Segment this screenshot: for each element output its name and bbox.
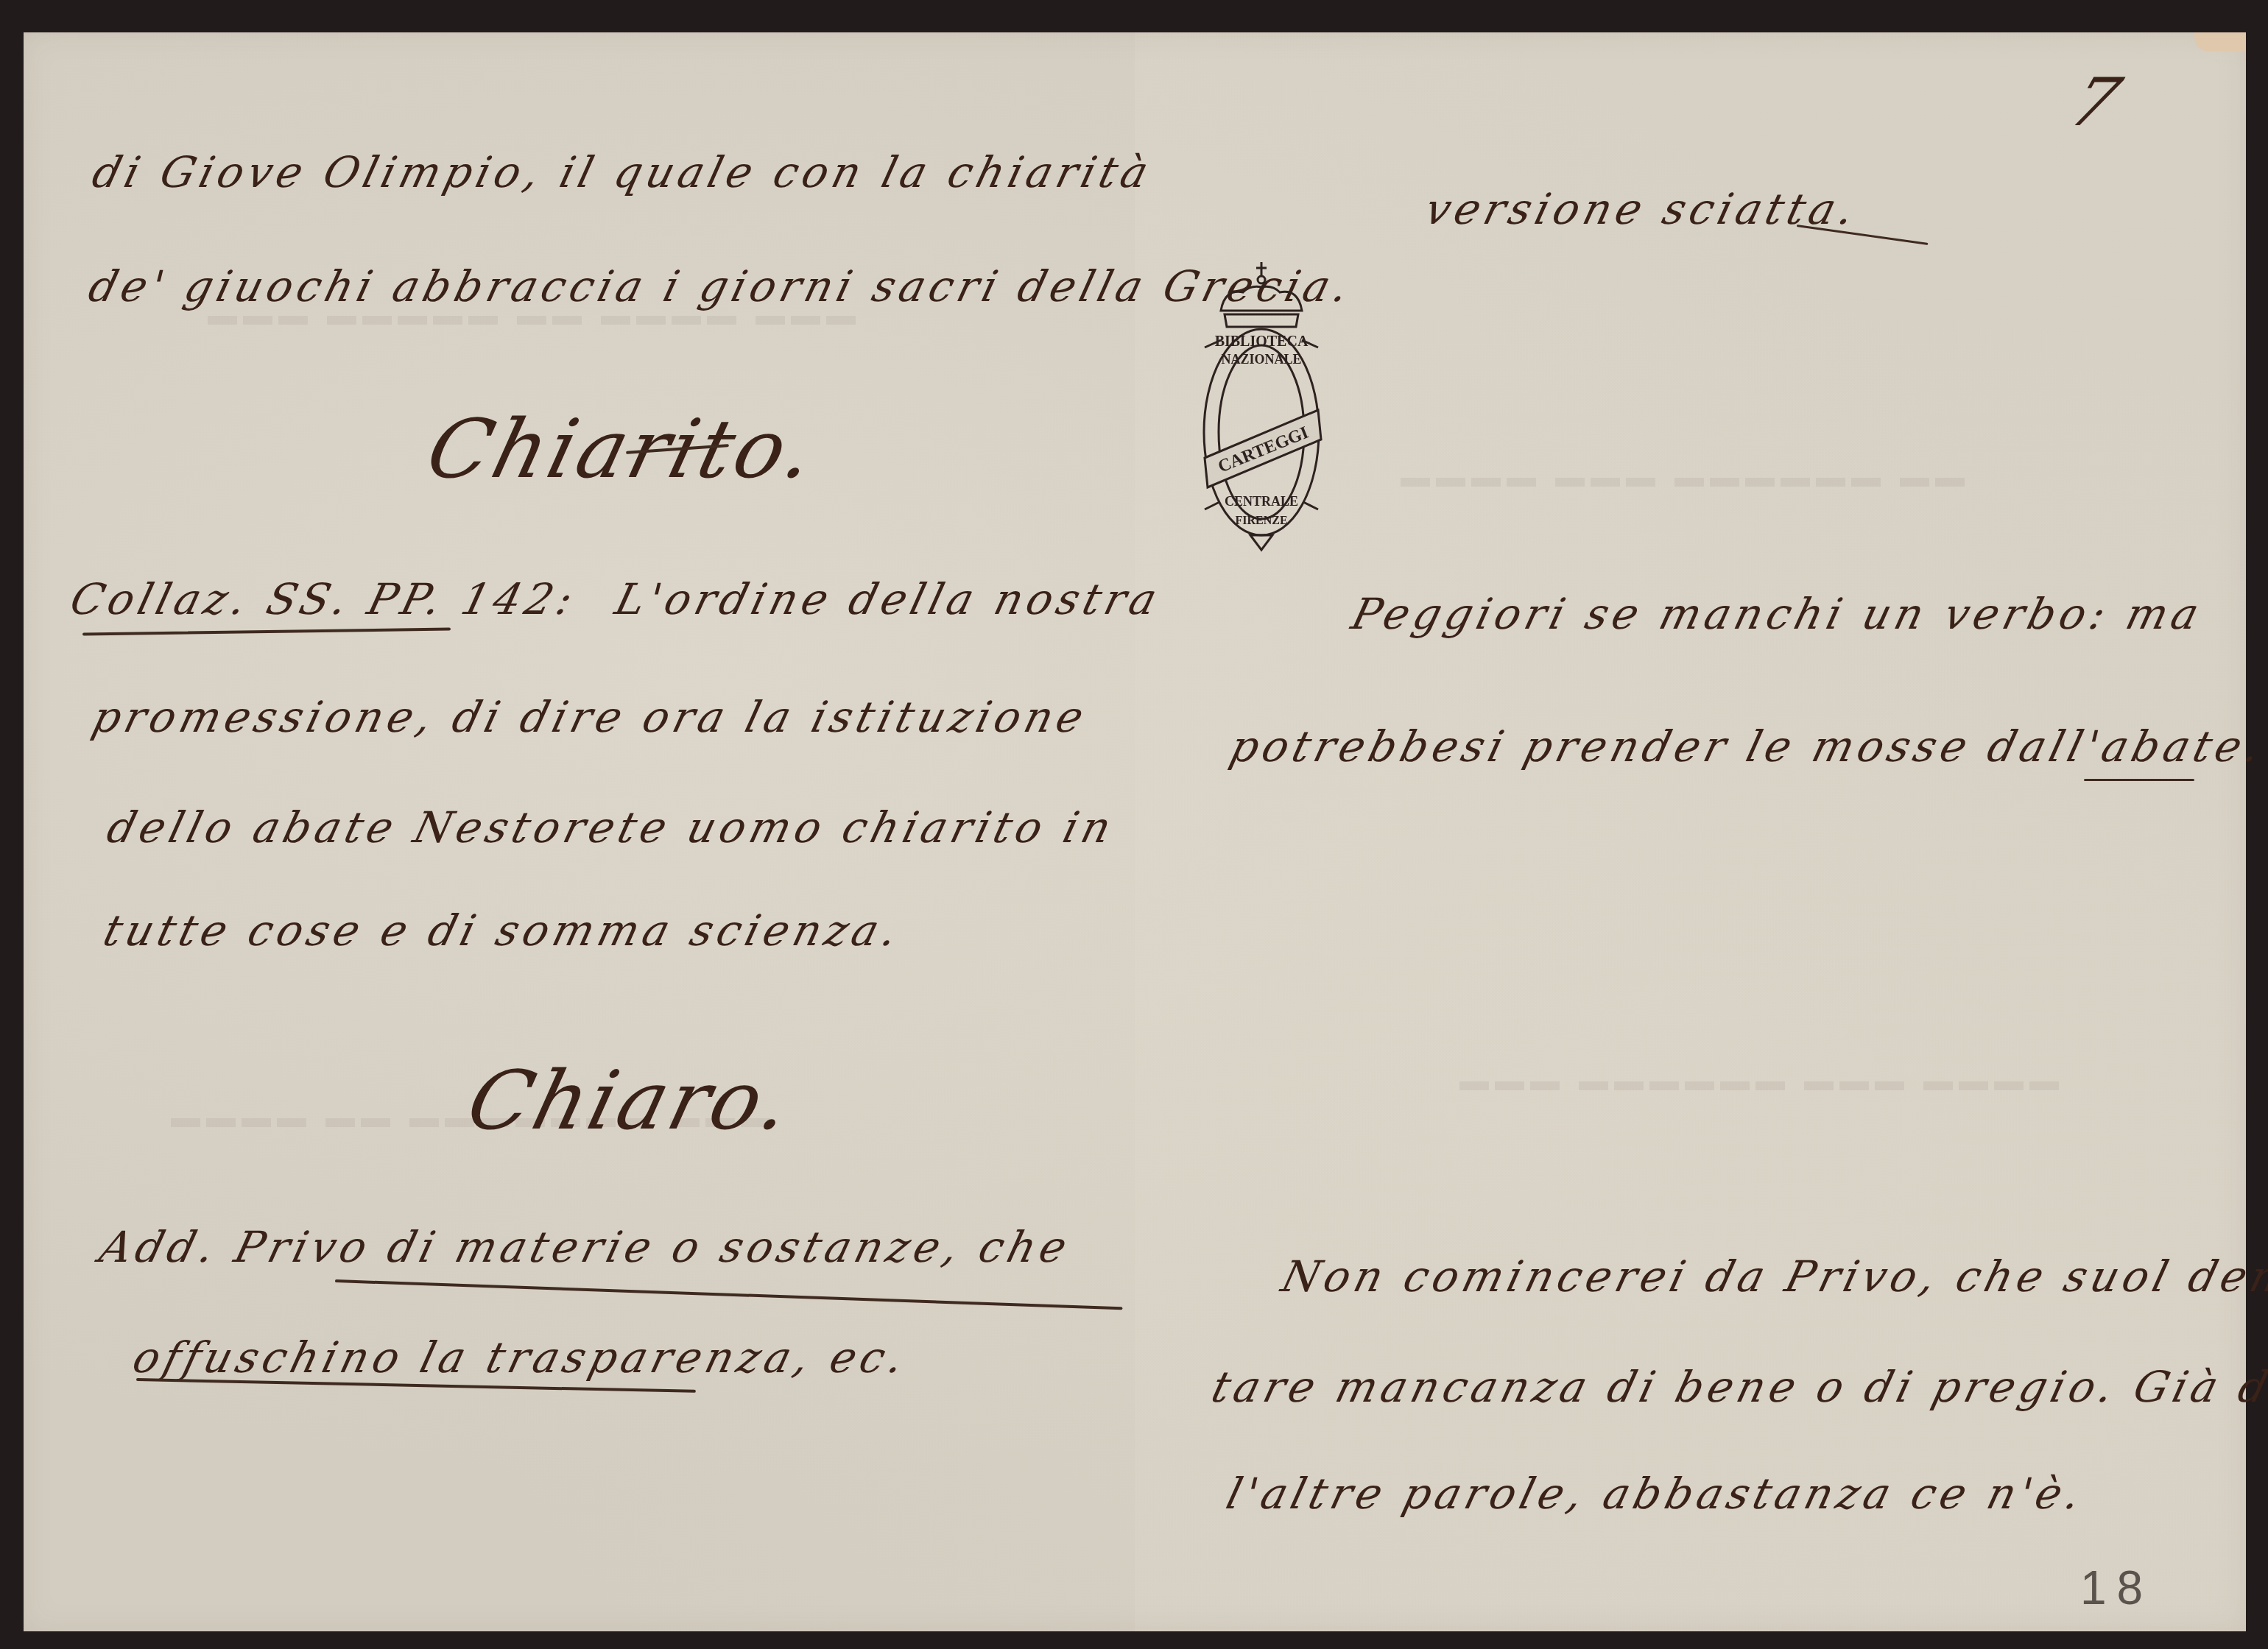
abate-underline: [2084, 779, 2194, 781]
stamp-text: FIRENZE: [1235, 515, 1287, 527]
right-line-mid: Peggiori se manchi un verbo: ma: [1348, 593, 2207, 635]
right-line-bottom: Non comincerei da Privo, che suol deno-: [1278, 1255, 2268, 1298]
stamp-emblem-icon: BIBLIOTECA NAZIONALE CARTEGGI CENTRALE F…: [1199, 259, 1324, 552]
right-line-bottom: tare mancanza di bene o di pregio. Già d…: [1208, 1366, 2268, 1408]
entry-line: dello abate Nestorete uomo chiarito in: [103, 806, 1119, 849]
stamp-text: CENTRALE: [1225, 494, 1298, 509]
citation-collaz: Collaz. SS. PP. 142:: [66, 578, 582, 621]
show-through-text: ▬▬▬ ▬▬▬▬▬▬ ▬▬▬ ▬▬▬▬: [1459, 1063, 2065, 1098]
stamp-text: BIBLIOTECA: [1215, 333, 1309, 350]
right-line-mid: potrebbesi prender le mosse dall'abate.: [1226, 725, 2268, 768]
entry-line: offuschino la trasparenza, ec.: [129, 1336, 912, 1379]
library-stamp: BIBLIOTECA NAZIONALE CARTEGGI CENTRALE F…: [1199, 259, 1324, 552]
left-line-2: de' giuochi abbraccia i giorni sacri del…: [85, 265, 1357, 308]
stamp-text: NAZIONALE: [1221, 352, 1301, 367]
entry-line: tutte cose e di somma scienza.: [99, 909, 906, 952]
left-line-1: di Giove Olimpio, il quale con la chiari…: [88, 151, 1157, 194]
entry-line: promessione, di dire ora la istituzione: [88, 696, 1092, 738]
entry-line: Add. Privo di materie o sostanze, che: [96, 1226, 1075, 1268]
folio-number: 18: [2080, 1561, 2153, 1615]
entry-heading-chiarito: Chiarito.: [420, 409, 825, 490]
right-line-top: versione sciatta.: [1421, 188, 1863, 230]
right-line-bottom: l'altre parole, abbastanza ce n'è.: [1222, 1472, 2089, 1515]
entry-line: L'ordine della nostra: [611, 578, 1166, 621]
corner-stain: [2194, 32, 2246, 52]
entry-heading-chiaro: Chiaro.: [460, 1060, 801, 1141]
show-through-text: ▬▬▬▬ ▬▬▬ ▬▬▬▬▬▬ ▬▬: [1401, 459, 1971, 494]
